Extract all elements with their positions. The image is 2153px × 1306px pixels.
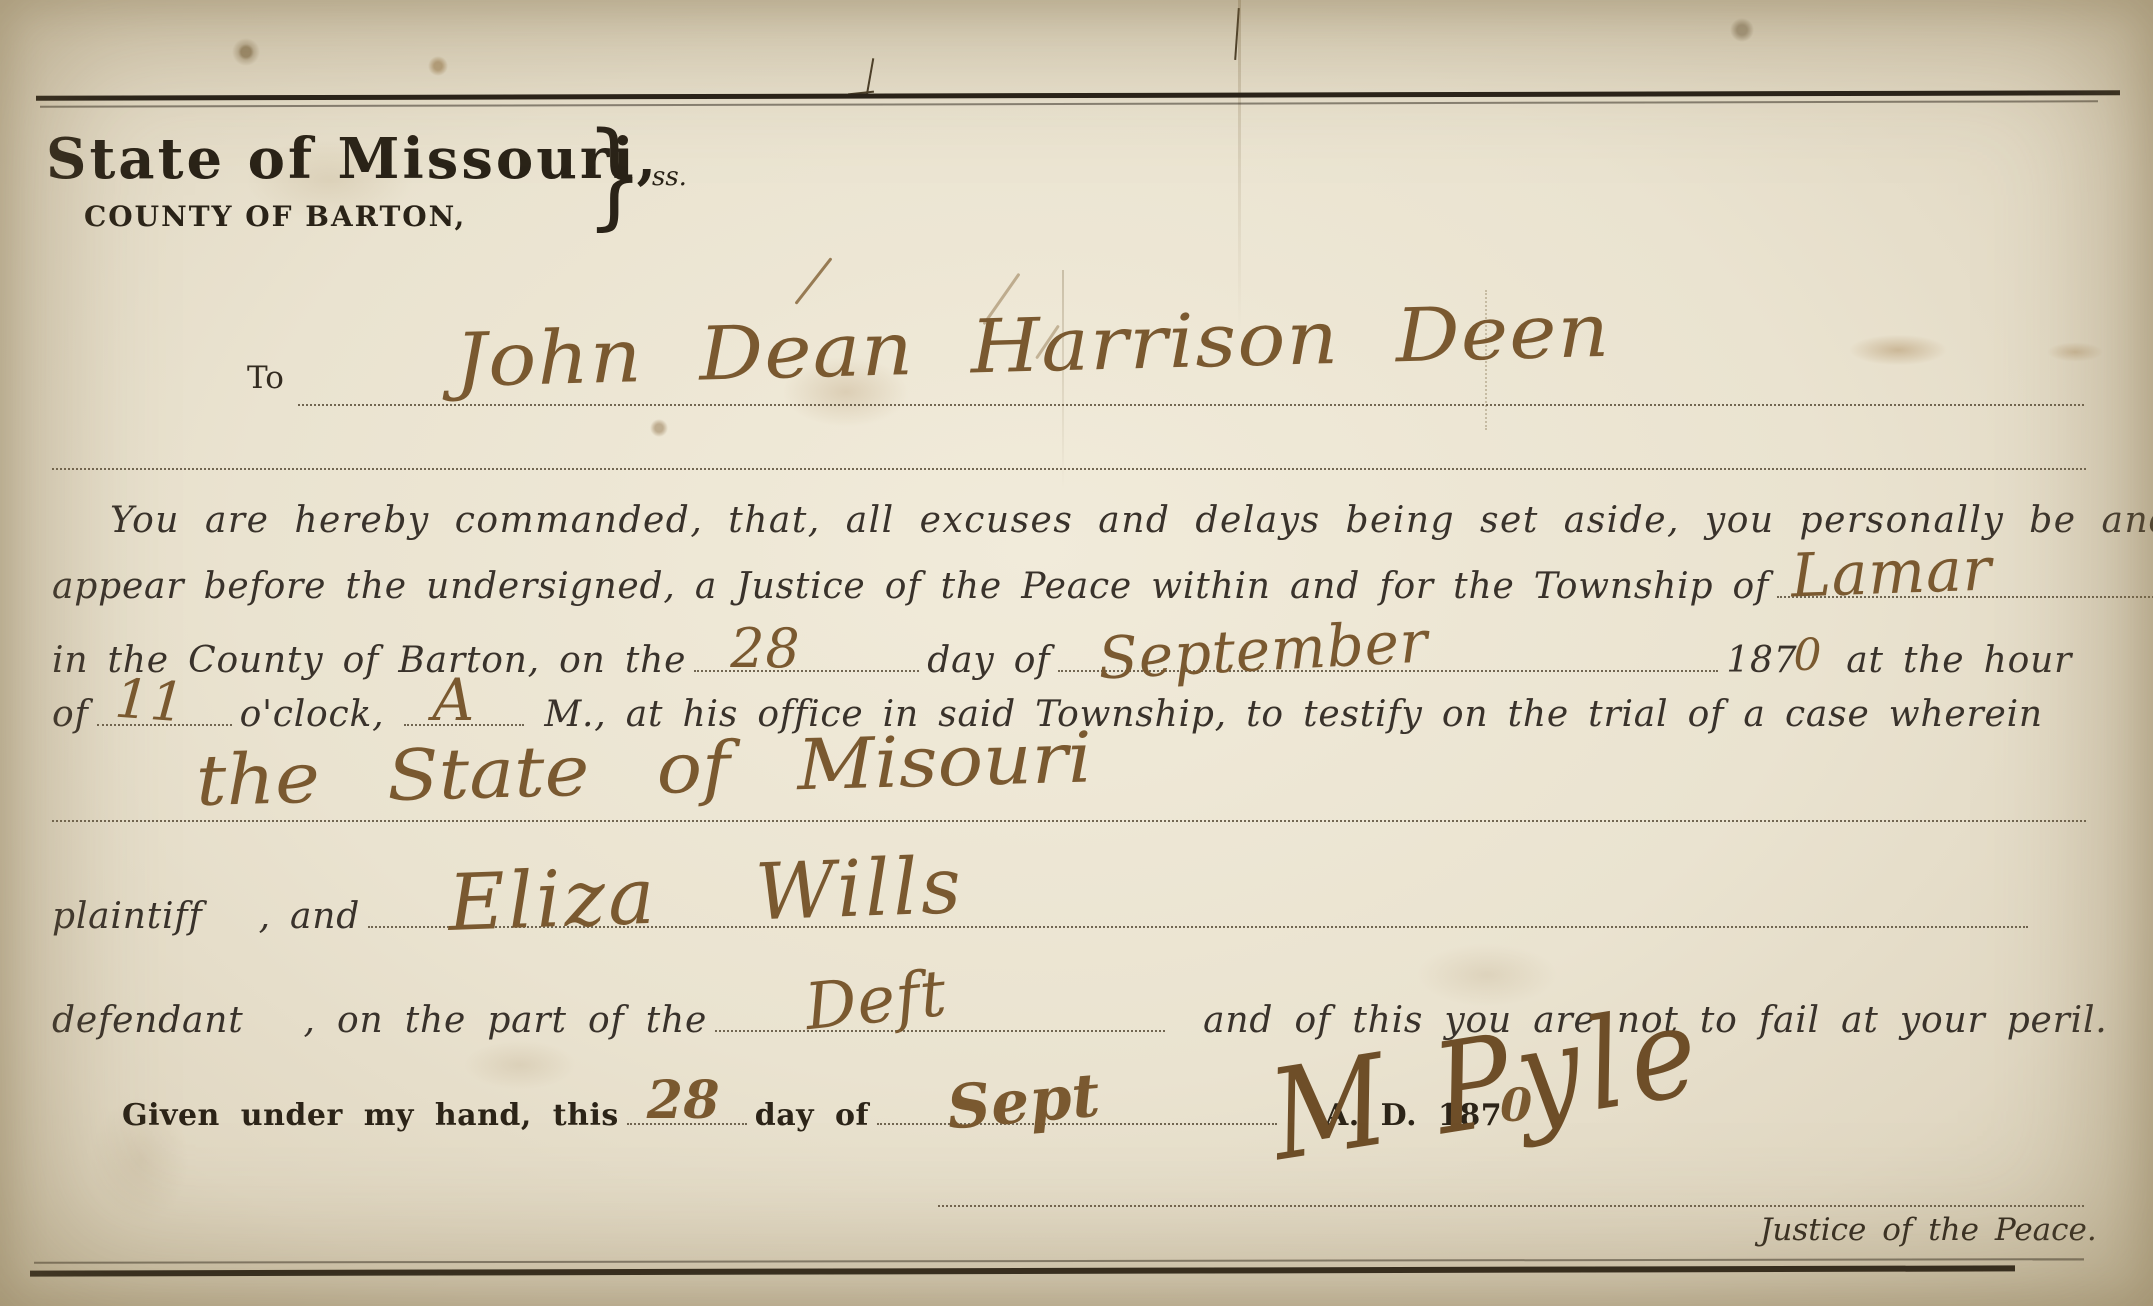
defendant-name-handwriting: Eliza Wills <box>447 841 966 949</box>
party-blank: Deft <box>715 1026 1165 1032</box>
body-line-3: in the County of Barton, on the28day ofS… <box>52 630 2072 681</box>
given-month-blank: Sept <box>877 1119 1277 1125</box>
year-digit-handwriting: 0 <box>1793 630 1822 681</box>
plaintiff-line: plaintiff, andEliza Wills <box>52 896 2036 937</box>
day-blank: 28 <box>694 666 919 672</box>
ink-flick <box>794 257 832 305</box>
township-blank: Lamar <box>1777 592 2153 598</box>
bottom-border-thick-rule <box>30 1265 2015 1276</box>
county-heading: COUNTY OF BARTON, <box>84 200 466 233</box>
part-of-label: , on the part of the <box>304 1000 708 1041</box>
body-line-1: You are hereby commanded, that, all excu… <box>110 500 2153 541</box>
party-handwriting: Deft <box>802 957 951 1045</box>
defendant-line: defendant, on the part of theDeftand of … <box>52 1000 2108 1041</box>
hour-blank: 11 <box>97 720 232 726</box>
given-month-handwriting: Sept <box>944 1060 1103 1143</box>
body-line-1-text: You are hereby commanded, that, all excu… <box>110 500 2153 541</box>
top-border-thin-rule <box>40 100 2098 107</box>
month-blank: September <box>1058 666 1718 672</box>
signature-dotted-line <box>938 1205 2084 1207</box>
meridiem-handwriting: A <box>432 666 475 734</box>
to-label: To <box>247 360 284 396</box>
top-border-thick-rule <box>36 90 2120 100</box>
ss-label: ss. <box>652 162 687 192</box>
given-day-handwriting: 28 <box>647 1070 720 1131</box>
witness-name-handwriting: John Dean Harrison Deen <box>454 288 1611 404</box>
brace-glyph: } <box>585 118 644 233</box>
blank-dotted-line <box>52 468 2086 470</box>
body-line-4b-text: o'clock, <box>240 694 385 735</box>
township-handwriting: Lamar <box>1790 535 1993 612</box>
to-dotted-line <box>298 404 2084 406</box>
hour-handwriting: 11 <box>112 667 187 735</box>
day-handwriting: 28 <box>730 617 800 680</box>
fold-crease <box>1238 0 1241 330</box>
body-line-3b-text: day of <box>927 640 1050 681</box>
bottom-border-thin-rule <box>34 1258 2084 1264</box>
given-day-blank: 28 <box>627 1119 747 1125</box>
and-label: , and <box>259 896 361 937</box>
year-printed-text: 187 <box>1726 640 1797 681</box>
case-name-dotted-line <box>52 820 2086 822</box>
body-line-2: appear before the undersigned, a Justice… <box>52 566 2153 607</box>
body-line-4a-text: of <box>52 694 89 735</box>
paper-crack <box>866 58 875 96</box>
subpoena-document: State of Missouri, COUNTY OF BARTON, } s… <box>0 0 2153 1306</box>
paper-crack <box>1234 8 1240 60</box>
body-line-3c-text: at the hour <box>1846 640 2072 681</box>
meridiem-blank: A <box>404 720 524 726</box>
state-heading: State of Missouri, <box>46 126 659 192</box>
justice-title: Justice of the Peace. <box>1760 1212 2097 1248</box>
defendant-name-blank: Eliza Wills <box>368 922 2028 928</box>
month-handwriting: September <box>1097 607 1430 692</box>
defendant-label: defendant <box>52 1000 244 1041</box>
given-text: Given under my hand, this <box>122 1098 619 1133</box>
plaintiff-label: plaintiff <box>52 896 203 937</box>
given-day-of-text: day of <box>755 1098 869 1133</box>
body-line-2-text: appear before the undersigned, a Justice… <box>52 566 1769 607</box>
